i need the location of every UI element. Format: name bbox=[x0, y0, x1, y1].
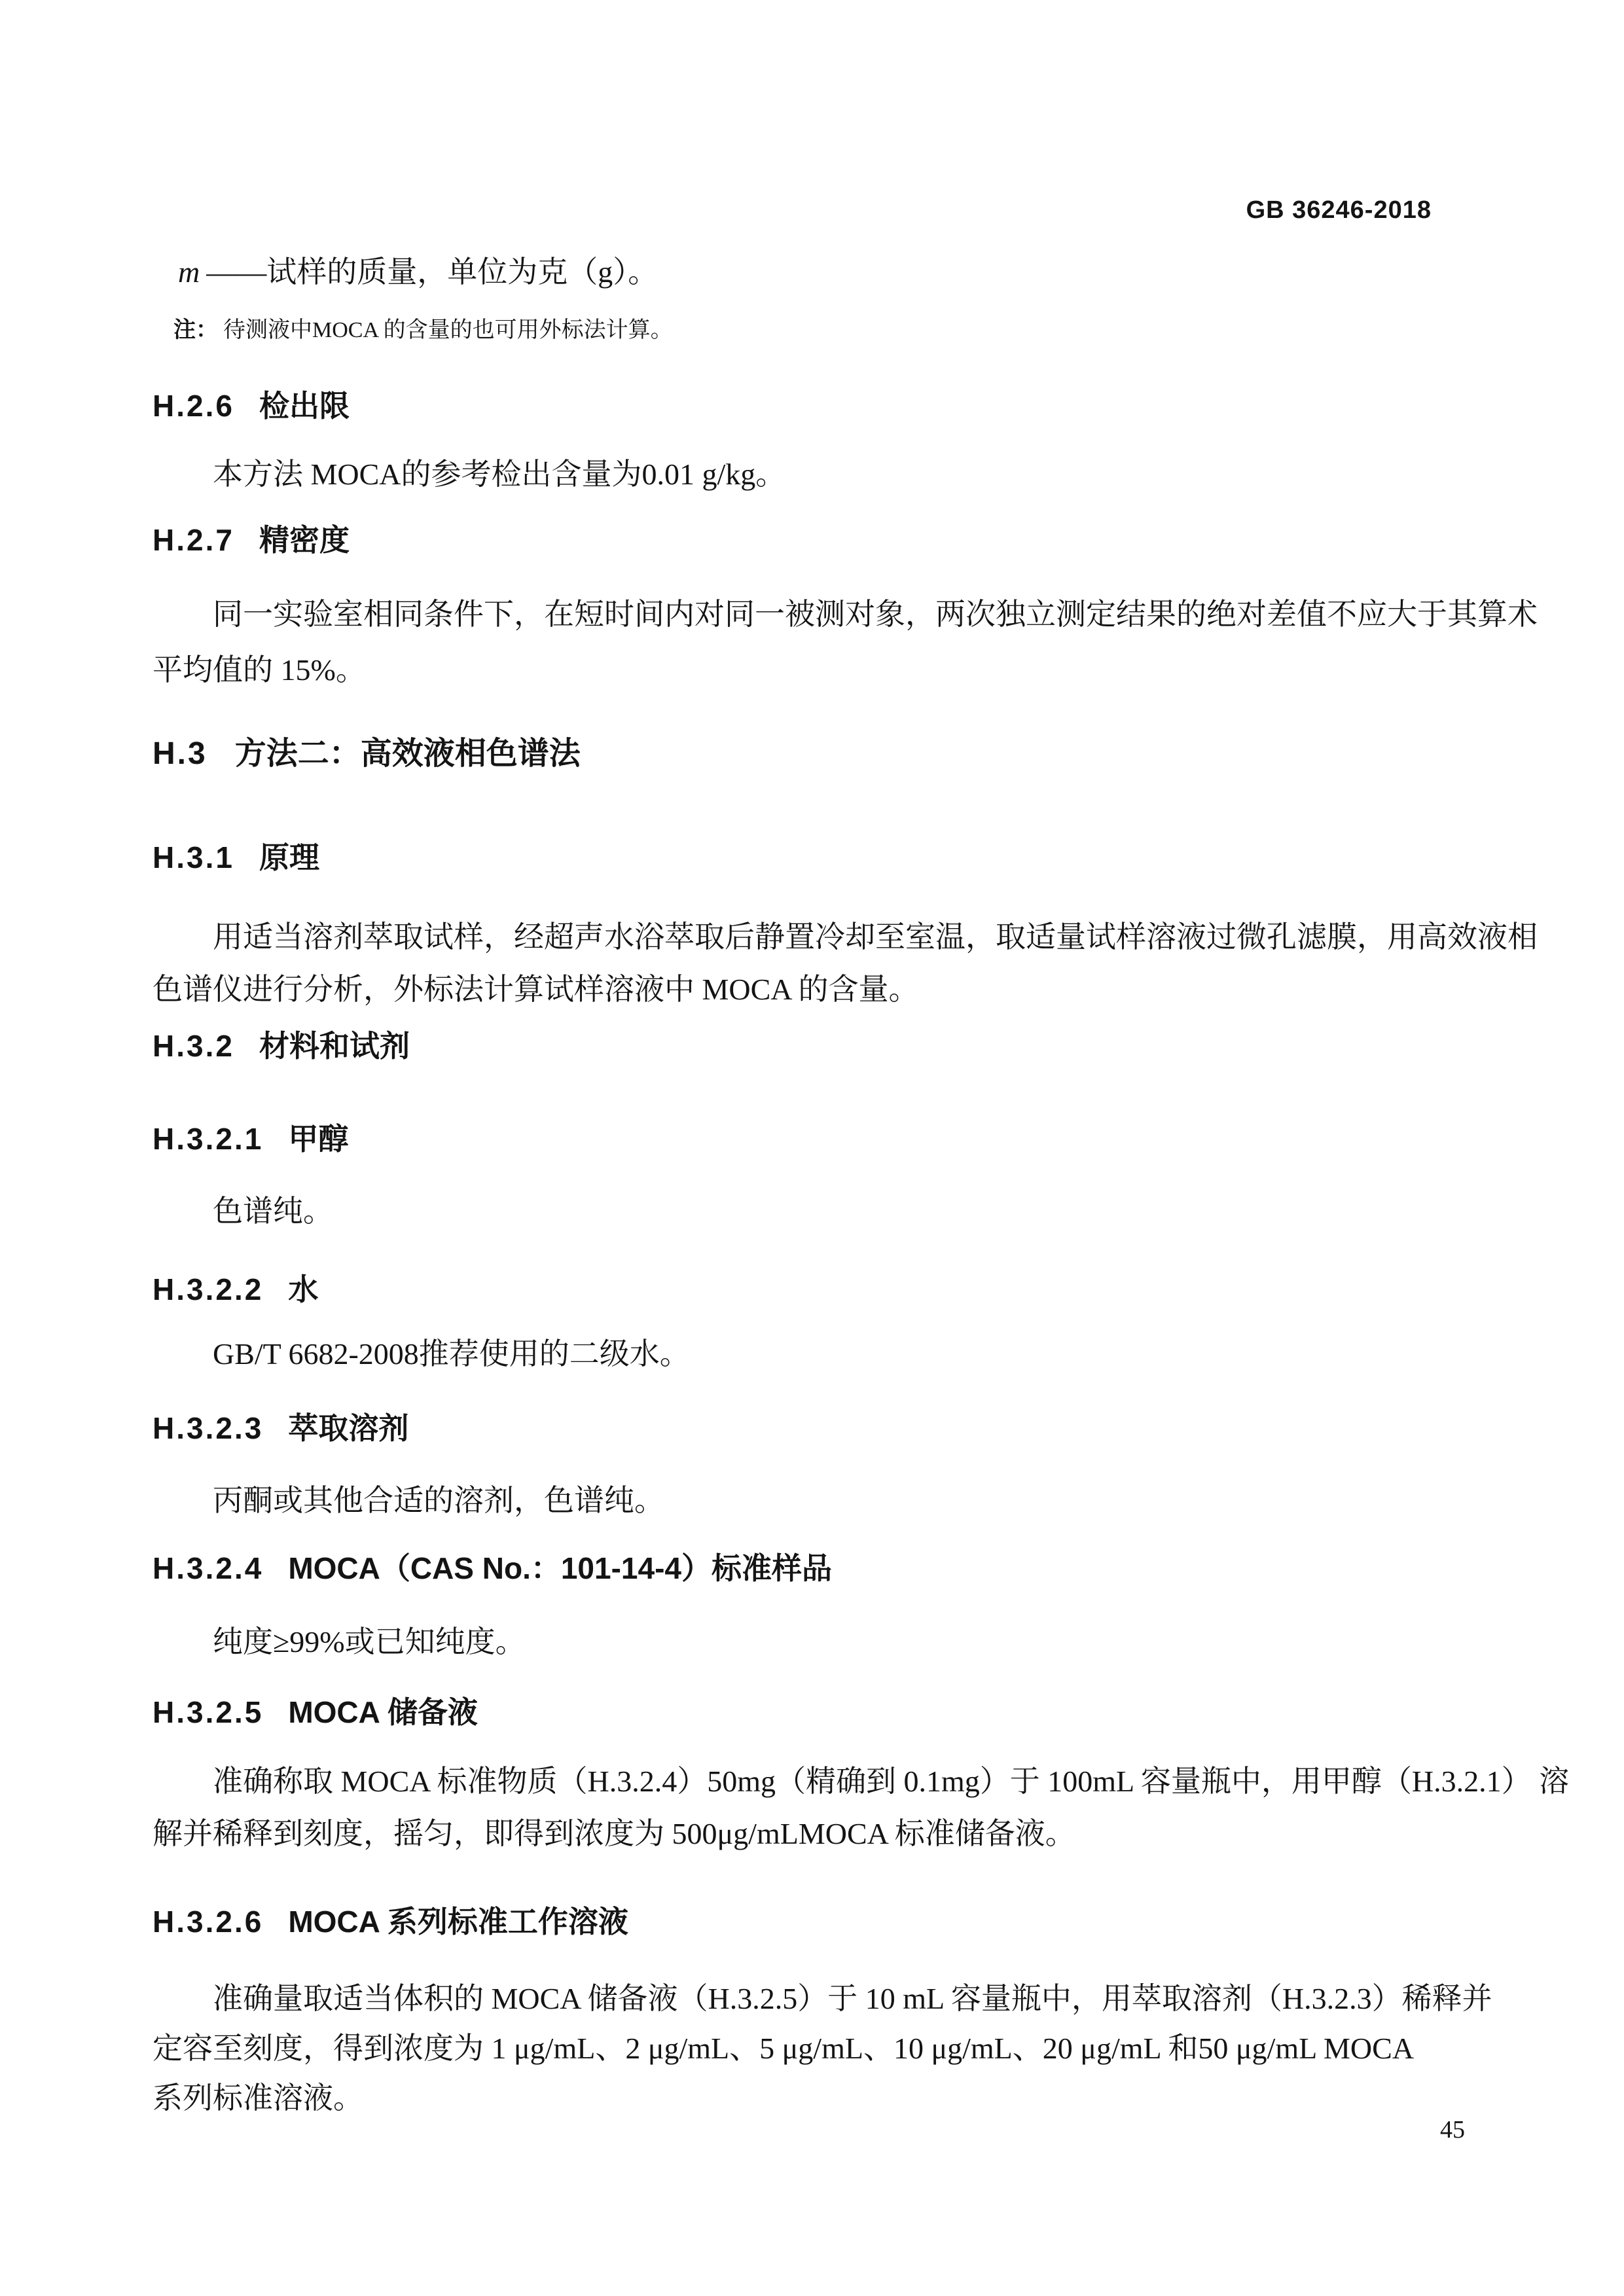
paragraph-line: 系列标准溶液。 bbox=[153, 2073, 1540, 2123]
heading-title: 原理 bbox=[259, 840, 319, 874]
heading-number: H.3.2.1 bbox=[153, 1122, 263, 1156]
heading-number: H.3.2.3 bbox=[153, 1411, 263, 1445]
heading-number: H.3.2.4 bbox=[153, 1551, 263, 1585]
heading-number: H.2.6 bbox=[153, 389, 234, 423]
paragraph-line: 本方法 MOCA的参考检出含量为0.01 g/kg。 bbox=[153, 455, 1540, 494]
heading-h3-1: H.3.1原理 bbox=[153, 839, 319, 876]
heading-number: H.3.2.2 bbox=[153, 1272, 263, 1306]
heading-title: MOCA 系列标准工作溶液 bbox=[288, 1905, 628, 1939]
heading-number: H.2.7 bbox=[153, 523, 234, 557]
paragraph-line: 纯度≥99%或已知纯度。 bbox=[153, 1623, 1540, 1662]
paragraph-line: 用适当溶剂萃取试样，经超声水浴萃取后静置冷却至室温，取适量试样溶液过微孔滤膜，用… bbox=[153, 911, 1540, 963]
heading-h3-2: H.3.2材料和试剂 bbox=[153, 1028, 410, 1064]
heading-h3-2-3: H.3.2.3萃取溶剂 bbox=[153, 1410, 408, 1446]
heading-title: 萃取溶剂 bbox=[288, 1411, 408, 1445]
paragraph-h3-2-1: 色谱纯。 bbox=[153, 1192, 1540, 1231]
heading-number: H.3.2.5 bbox=[153, 1695, 263, 1729]
heading-title: MOCA（CAS No.：101-14-4）标准样品 bbox=[288, 1551, 832, 1585]
heading-h3: H.3方法二：高效液相色谱法 bbox=[153, 734, 581, 774]
heading-number: H.3.1 bbox=[153, 840, 234, 874]
document-page: GB 36246-2018 m——试样的质量，单位为克（g）。 注：待测液中MO… bbox=[0, 0, 1624, 2296]
heading-title: 甲醇 bbox=[288, 1122, 348, 1156]
paragraph-h3-2-6: 准确量取适当体积的 MOCA 储备液（H.3.2.5）于 10 mL 容量瓶中，… bbox=[153, 1974, 1540, 2123]
paragraph-line: GB/T 6682-2008推荐使用的二级水。 bbox=[153, 1335, 1540, 1374]
paragraph-h3-2-4: 纯度≥99%或已知纯度。 bbox=[153, 1623, 1540, 1662]
heading-h2-6: H.2.6检出限 bbox=[153, 387, 350, 424]
paragraph-h3-2-5: 准确称取 MOCA 标准物质（H.3.2.4）50mg（精确到 0.1mg）于 … bbox=[153, 1755, 1540, 1860]
note-line: 注：待测液中MOCA 的含量的也可用外标法计算。 bbox=[173, 315, 673, 344]
paragraph-line: 解并稀释到刻度，摇匀，即得到浓度为 500μg/mLMOCA 标准储备液。 bbox=[153, 1808, 1540, 1860]
page-number: 45 bbox=[1440, 2115, 1465, 2145]
paragraph-line: 准确称取 MOCA 标准物质（H.3.2.4）50mg（精确到 0.1mg）于 … bbox=[153, 1755, 1540, 1808]
header-doc-number: GB 36246-2018 bbox=[1246, 195, 1432, 225]
symbol-m: m bbox=[178, 255, 200, 289]
heading-title: 材料和试剂 bbox=[259, 1029, 410, 1063]
heading-h2-7: H.2.7精密度 bbox=[153, 522, 350, 558]
heading-title: 检出限 bbox=[259, 389, 350, 423]
symbol-definition-line: m——试样的质量，单位为克（g）。 bbox=[178, 254, 658, 291]
heading-h3-2-4: H.3.2.4MOCA（CAS No.：101-14-4）标准样品 bbox=[153, 1550, 832, 1587]
paragraph-h3-2-2: GB/T 6682-2008推荐使用的二级水。 bbox=[153, 1335, 1540, 1374]
heading-h3-2-6: H.3.2.6MOCA 系列标准工作溶液 bbox=[153, 1903, 628, 1940]
paragraph-h3-1: 用适当溶剂萃取试样，经超声水浴萃取后静置冷却至室温，取适量试样溶液过微孔滤膜，用… bbox=[153, 911, 1540, 1016]
note-text: 待测液中MOCA 的含量的也可用外标法计算。 bbox=[223, 318, 673, 342]
paragraph-h3-2-3: 丙酮或其他合适的溶剂，色谱纯。 bbox=[153, 1481, 1540, 1520]
heading-title: 精密度 bbox=[259, 523, 350, 557]
paragraph-line: 色谱纯。 bbox=[153, 1192, 1540, 1231]
heading-number: H.3 bbox=[153, 736, 208, 771]
heading-title: 方法二：高效液相色谱法 bbox=[235, 736, 581, 771]
note-label: 注： bbox=[173, 317, 218, 342]
symbol-definition-text: ——试样的质量，单位为克（g）。 bbox=[206, 255, 658, 289]
paragraph-line: 丙酮或其他合适的溶剂，色谱纯。 bbox=[153, 1481, 1540, 1520]
paragraph-line: 同一实验室相同条件下，在短时间内对同一被测对象，两次独立测定结果的绝对差值不应大… bbox=[153, 586, 1540, 642]
paragraph-line: 色谱仪进行分析，外标法计算试样溶液中 MOCA 的含量。 bbox=[153, 963, 1540, 1016]
heading-number: H.3.2 bbox=[153, 1029, 234, 1063]
paragraph-line: 准确量取适当体积的 MOCA 储备液（H.3.2.5）于 10 mL 容量瓶中，… bbox=[153, 1974, 1540, 2024]
heading-h3-2-2: H.3.2.2水 bbox=[153, 1271, 318, 1308]
paragraph-line: 定容至刻度，得到浓度为 1 μg/mL、2 μg/mL、5 μg/mL、10 μ… bbox=[153, 2024, 1540, 2073]
heading-h3-2-1: H.3.2.1甲醇 bbox=[153, 1121, 348, 1157]
heading-number: H.3.2.6 bbox=[153, 1905, 263, 1939]
heading-title: MOCA 储备液 bbox=[288, 1695, 478, 1729]
paragraph-line: 平均值的 15%。 bbox=[153, 642, 1540, 698]
heading-h3-2-5: H.3.2.5MOCA 储备液 bbox=[153, 1694, 478, 1731]
paragraph-h2-6: 本方法 MOCA的参考检出含量为0.01 g/kg。 bbox=[153, 455, 1540, 494]
heading-title: 水 bbox=[288, 1272, 318, 1306]
paragraph-h2-7: 同一实验室相同条件下，在短时间内对同一被测对象，两次独立测定结果的绝对差值不应大… bbox=[153, 586, 1540, 698]
